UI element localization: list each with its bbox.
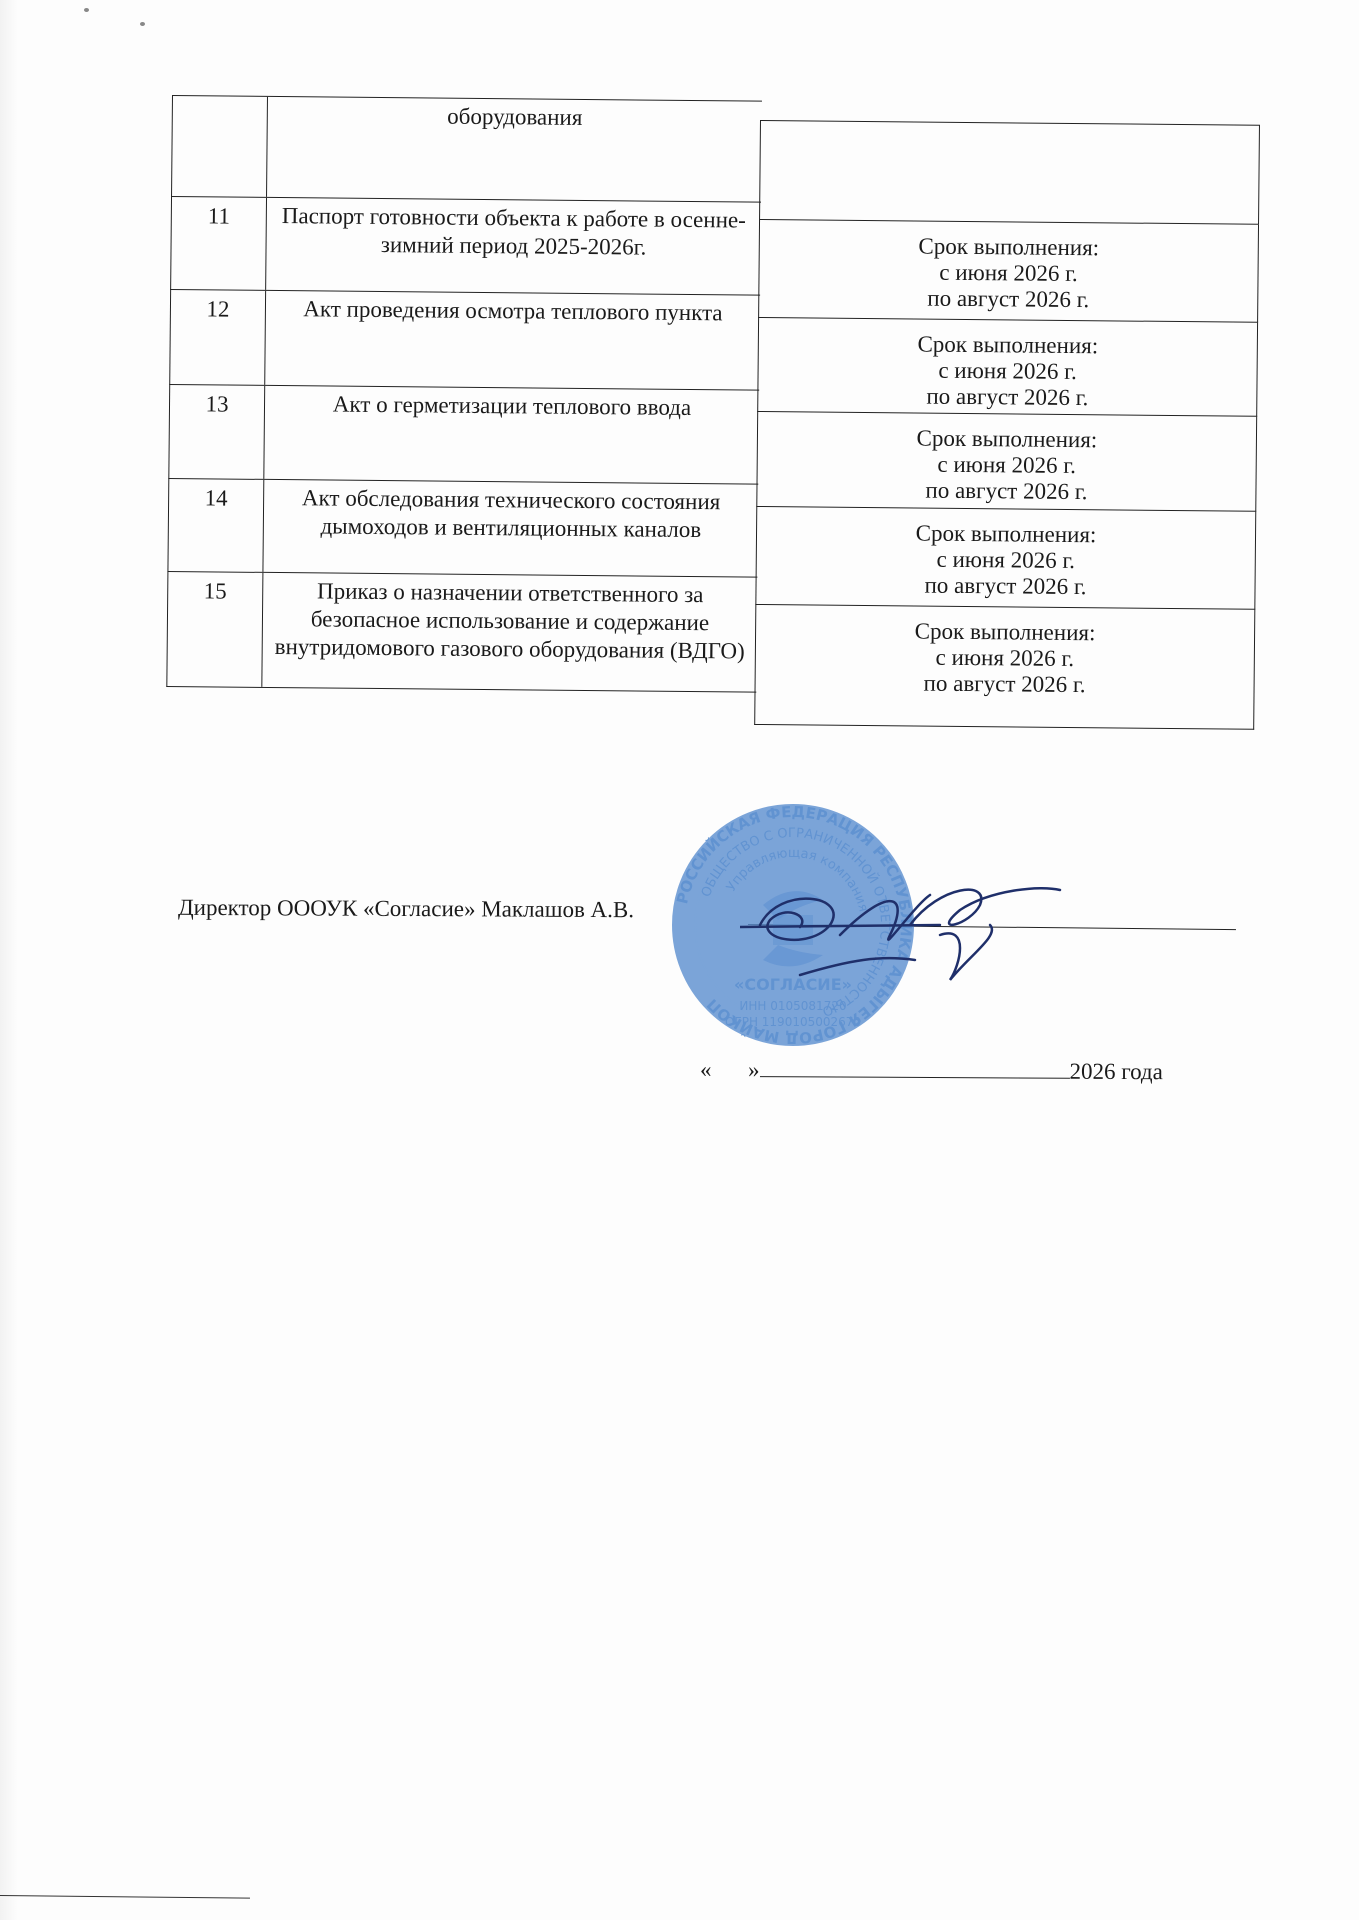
row-number: 12 — [170, 290, 266, 385]
date-year: 2026 года — [1069, 1059, 1162, 1084]
row-number: 15 — [167, 572, 263, 687]
table-row: 13Акт о герметизации теплового ввода — [168, 385, 759, 485]
document-name: Приказ о назначении ответственного за бе… — [262, 573, 757, 692]
document-name: Акт обследования технического состояния … — [263, 480, 758, 577]
term-line: по август 2026 г. — [756, 571, 1254, 602]
row-number: 13 — [169, 385, 265, 479]
term-line: по август 2026 г. — [759, 284, 1257, 315]
term-line: по август 2026 г. — [757, 476, 1255, 507]
table-left-columns: оборудования11Паспорт готовности объекта… — [166, 95, 762, 693]
table-row: 11Паспорт готовности объекта к работе в … — [170, 197, 761, 296]
term-cell — [759, 120, 1260, 225]
date-month-blank — [759, 1054, 1069, 1079]
term-cell: Срок выполнения:с июня 2026 г.по август … — [758, 220, 1259, 323]
svg-text:ОГРН 1190105002670: ОГРН 1190105002670 — [725, 1015, 861, 1029]
table-row: 12Акт проведения осмотра теплового пункт… — [169, 290, 760, 391]
table-row: оборудования — [171, 95, 762, 203]
row-number: 14 — [168, 479, 264, 572]
document-name: оборудования — [267, 97, 762, 202]
table-row: 14Акт обследования технического состояни… — [167, 479, 758, 578]
term-cell: Срок выполнения:с июня 2026 г.по август … — [756, 412, 1257, 512]
document-name: Акт проведения осмотра теплового пункта — [265, 291, 760, 390]
document-name: Паспорт готовности объекта к работе в ос… — [266, 198, 761, 295]
term-cell: Срок выполнения:с июня 2026 г.по август … — [757, 318, 1258, 417]
svg-text:ИНН 0105081720: ИНН 0105081720 — [739, 999, 846, 1013]
requirements-table: оборудования11Паспорт готовности объекта… — [0, 0, 1359, 760]
row-number — [172, 96, 268, 197]
table-row: 15Приказ о назначении ответственного за … — [166, 572, 757, 693]
document-name: Акт о герметизации теплового ввода — [264, 386, 759, 484]
page-bottom-rule — [0, 1895, 250, 1899]
row-number: 11 — [171, 197, 267, 290]
signer-label: Директор ОООУК «Согласие» Маклашов А.В. — [178, 895, 634, 923]
term-cell: Срок выполнения:с июня 2026 г.по август … — [754, 605, 1255, 730]
table-term-column: Срок выполнения:с июня 2026 г.по август … — [754, 120, 1260, 730]
term-cell: Срок выполнения:с июня 2026 г.по август … — [755, 507, 1256, 610]
term-line: по август 2026 г. — [755, 669, 1253, 700]
date-day-open: « — [700, 1057, 748, 1083]
term-line: по август 2026 г. — [758, 382, 1256, 413]
date-day-close: » — [748, 1057, 760, 1082]
handwritten-signature-icon — [740, 865, 1070, 995]
date-line: «»2026 года — [700, 1054, 1163, 1085]
